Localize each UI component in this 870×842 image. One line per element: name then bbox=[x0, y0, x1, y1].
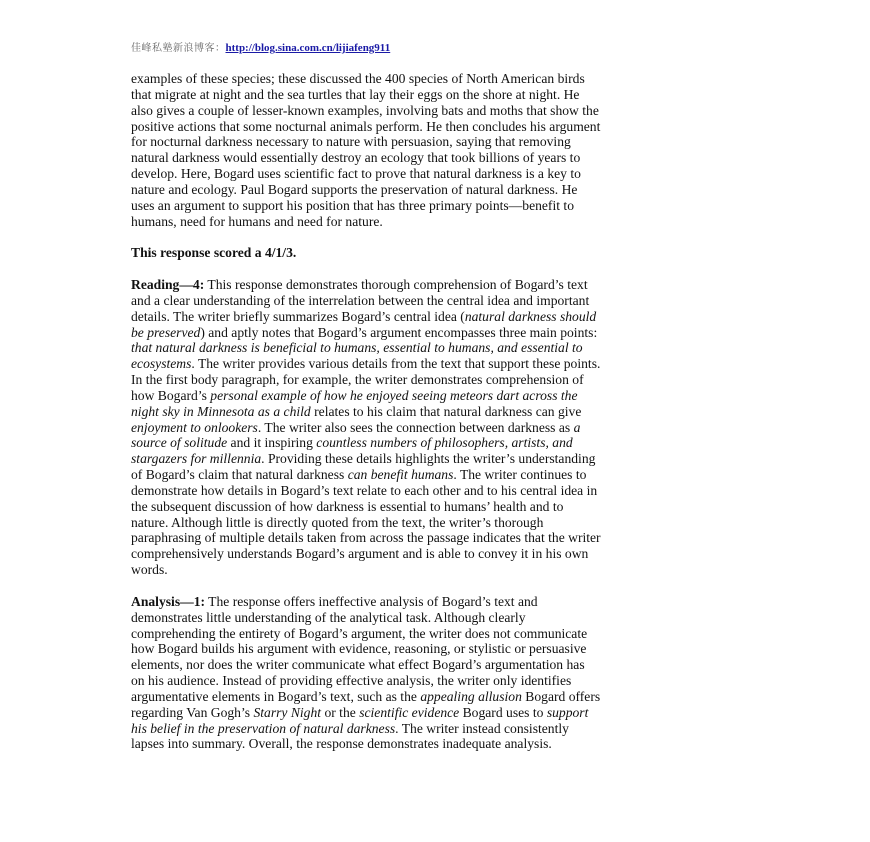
text-line: be preserved) and aptly notes that Bogar… bbox=[131, 325, 743, 341]
text-line: that migrate at night and the sea turtle… bbox=[131, 87, 743, 103]
italic-quote: source of solitude bbox=[131, 435, 227, 450]
text-line: Analysis—1: The response offers ineffect… bbox=[131, 594, 743, 610]
blog-label: 佳峰私塾新浪博客： bbox=[131, 43, 226, 54]
italic-quote: ecosystems bbox=[131, 356, 191, 371]
text-run: nature. Although little is directly quot… bbox=[131, 515, 543, 530]
text-run: on his audience. Instead of providing ef… bbox=[131, 673, 571, 688]
text-line: and a clear understanding of the interre… bbox=[131, 293, 743, 309]
italic-quote: scientific evidence bbox=[359, 705, 459, 720]
text-run: of Bogard’s claim that natural darkness bbox=[131, 467, 348, 482]
italic-quote: his belief in the preservation of natura… bbox=[131, 721, 395, 736]
text-run: ) and aptly notes that Bogard’s argument… bbox=[200, 325, 597, 340]
text-line: enjoyment to onlookers. The writer also … bbox=[131, 420, 743, 436]
text-line: source of solitude and it inspiring coun… bbox=[131, 435, 743, 451]
text-line: words. bbox=[131, 562, 743, 578]
analysis-paragraph: Analysis—1: The response offers ineffect… bbox=[131, 594, 743, 752]
italic-quote: stargazers for millennia bbox=[131, 451, 261, 466]
text-run: the subsequent discussion of how darknes… bbox=[131, 499, 563, 514]
text-run: lapses into summary. Overall, the respon… bbox=[131, 736, 552, 751]
text-run: and it inspiring bbox=[227, 435, 316, 450]
text-line: for nocturnal darkness necessary to natu… bbox=[131, 134, 743, 150]
text-run: . Providing these details highlights the… bbox=[261, 451, 595, 466]
text-run: elements, nor does the writer communicat… bbox=[131, 657, 585, 672]
text-line: uses an argument to support his position… bbox=[131, 198, 743, 214]
text-run: how Bogard builds his argument with evid… bbox=[131, 641, 586, 656]
italic-quote: appealing allusion bbox=[420, 689, 522, 704]
text-run: In the first body paragraph, for example… bbox=[131, 372, 584, 387]
text-line: paraphrasing of multiple details taken f… bbox=[131, 530, 743, 546]
italic-quote: personal example of how he enjoyed seein… bbox=[210, 388, 577, 403]
italic-quote: natural darkness should bbox=[465, 309, 596, 324]
text-run: comprehending the entirety of Bogard’s a… bbox=[131, 626, 587, 641]
score-heading: This response scored a 4/1/3. bbox=[131, 245, 743, 261]
text-line: nature and ecology. Paul Bogard supports… bbox=[131, 182, 743, 198]
italic-quote: a bbox=[574, 420, 581, 435]
blog-link[interactable]: http://blog.sina.com.cn/lijiafeng911 bbox=[226, 42, 391, 54]
text-line: ecosystems. The writer provides various … bbox=[131, 356, 743, 372]
analysis-score-label: Analysis—1: bbox=[131, 594, 205, 609]
text-run: details. The writer briefly summarizes B… bbox=[131, 309, 465, 324]
text-line: how Bogard’s personal example of how he … bbox=[131, 388, 743, 404]
text-line: Reading—4: This response demonstrates th… bbox=[131, 277, 743, 293]
italic-quote: support bbox=[547, 705, 589, 720]
page-header: 佳峰私塾新浪博客：http://blog.sina.com.cn/lijiafe… bbox=[131, 41, 390, 56]
text-line: how Bogard builds his argument with evid… bbox=[131, 641, 743, 657]
document-page: examples of these species; these discuss… bbox=[131, 71, 743, 752]
text-line: comprehensively understands Bogard’s arg… bbox=[131, 546, 743, 562]
text-line: the subsequent discussion of how darknes… bbox=[131, 499, 743, 515]
text-run: demonstrates little understanding of the… bbox=[131, 610, 526, 625]
text-line: demonstrate how details in Bogard’s text… bbox=[131, 483, 743, 499]
text-run: paraphrasing of multiple details taken f… bbox=[131, 530, 601, 545]
text-run: This response demonstrates thorough comp… bbox=[204, 277, 587, 292]
text-run: and a clear understanding of the interre… bbox=[131, 293, 589, 308]
text-line: night sky in Minnesota as a child relate… bbox=[131, 404, 743, 420]
text-run: The response offers ineffective analysis… bbox=[205, 594, 538, 609]
text-line: comprehending the entirety of Bogard’s a… bbox=[131, 626, 743, 642]
text-line: positive actions that some nocturnal ani… bbox=[131, 119, 743, 135]
text-run: how Bogard’s bbox=[131, 388, 210, 403]
text-run: . The writer also sees the connection be… bbox=[258, 420, 574, 435]
italic-quote: can benefit humans bbox=[348, 467, 454, 482]
text-line: also gives a couple of lesser-known exam… bbox=[131, 103, 743, 119]
text-line: of Bogard’s claim that natural darkness … bbox=[131, 467, 743, 483]
text-line: his belief in the preservation of natura… bbox=[131, 721, 743, 737]
text-line: that natural darkness is beneficial to h… bbox=[131, 340, 743, 356]
text-line: lapses into summary. Overall, the respon… bbox=[131, 736, 743, 752]
text-line: examples of these species; these discuss… bbox=[131, 71, 743, 87]
text-run: argumentative elements in Bogard’s text,… bbox=[131, 689, 420, 704]
text-run: . The writer provides various details fr… bbox=[191, 356, 600, 371]
italic-quote: countless numbers of philosophers, artis… bbox=[316, 435, 572, 450]
text-run: regarding Van Gogh’s bbox=[131, 705, 253, 720]
paragraph-gap bbox=[131, 578, 743, 594]
text-run: relates to his claim that natural darkne… bbox=[311, 404, 582, 419]
text-line: regarding Van Gogh’s Starry Night or the… bbox=[131, 705, 743, 721]
text-line: develop. Here, Bogard uses scientific fa… bbox=[131, 166, 743, 182]
text-line: demonstrates little understanding of the… bbox=[131, 610, 743, 626]
text-run: Bogard offers bbox=[522, 689, 600, 704]
text-line: stargazers for millennia. Providing thes… bbox=[131, 451, 743, 467]
text-line: In the first body paragraph, for example… bbox=[131, 372, 743, 388]
text-run: comprehensively understands Bogard’s arg… bbox=[131, 546, 588, 561]
reading-paragraph: Reading—4: This response demonstrates th… bbox=[131, 277, 743, 578]
text-line: nature. Although little is directly quot… bbox=[131, 515, 743, 531]
intro-paragraph: examples of these species; these discuss… bbox=[131, 71, 743, 229]
italic-quote: be preserved bbox=[131, 325, 200, 340]
text-line: humans, need for humans and need for nat… bbox=[131, 214, 743, 230]
text-line: on his audience. Instead of providing ef… bbox=[131, 673, 743, 689]
text-run: . The writer instead consistently bbox=[395, 721, 569, 736]
paragraph-gap bbox=[131, 261, 743, 277]
text-line: details. The writer briefly summarizes B… bbox=[131, 309, 743, 325]
italic-quote: that natural darkness is beneficial to h… bbox=[131, 340, 583, 355]
text-run: words. bbox=[131, 562, 168, 577]
italic-quote: night sky in Minnesota as a child bbox=[131, 404, 311, 419]
text-run: . The writer continues to bbox=[453, 467, 586, 482]
text-run: Bogard uses to bbox=[459, 705, 547, 720]
italic-quote: Starry Night bbox=[253, 705, 321, 720]
text-run: demonstrate how details in Bogard’s text… bbox=[131, 483, 597, 498]
text-line: argumentative elements in Bogard’s text,… bbox=[131, 689, 743, 705]
text-line: elements, nor does the writer communicat… bbox=[131, 657, 743, 673]
text-line: natural darkness would essentially destr… bbox=[131, 150, 743, 166]
italic-quote: enjoyment to onlookers bbox=[131, 420, 258, 435]
text-run: or the bbox=[321, 705, 359, 720]
reading-score-label: Reading—4: bbox=[131, 277, 204, 292]
paragraph-gap bbox=[131, 229, 743, 245]
